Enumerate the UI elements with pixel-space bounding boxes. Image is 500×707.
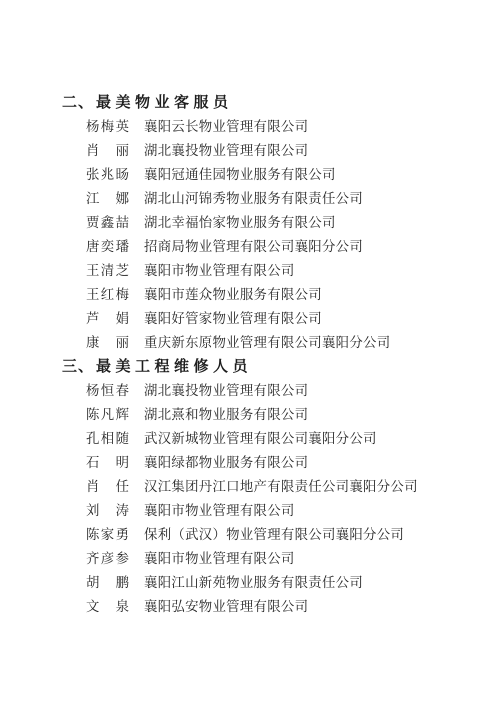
company-name: 湖北襄投物业管理有限公司 [144,383,308,398]
list-item: 杨梅英襄阳云长物业管理有限公司 [86,115,472,139]
list-item: 唐奕璠招商局物业管理有限公司襄阳分公司 [86,235,472,259]
person-name: 肖任 [86,475,129,499]
list-item: 贾鑫喆湖北幸福怡家物业服务有限公司 [86,211,472,235]
list-item: 芦娟襄阳好管家物业管理有限公司 [86,307,472,331]
list-item: 陈家勇保利（武汉）物业管理有限公司襄阳分公司 [86,523,472,547]
award-section: 三、最美工程维修人员 杨恒春湖北襄投物业管理有限公司 陈凡辉湖北熹和物业服务有限… [62,355,472,619]
list-item: 王红梅襄阳市莲众物业服务有限公司 [86,283,472,307]
person-name: 贾鑫喆 [86,211,129,235]
person-name: 张兆旸 [86,163,129,187]
company-name: 湖北熹和物业服务有限公司 [144,407,308,422]
list-item: 齐彦参襄阳市物业管理有限公司 [86,547,472,571]
entry-list: 杨梅英襄阳云长物业管理有限公司 肖丽湖北襄投物业管理有限公司 张兆旸襄阳冠通佳园… [62,115,472,355]
person-name: 王清芝 [86,259,129,283]
list-item: 肖丽湖北襄投物业管理有限公司 [86,139,472,163]
person-name: 杨恒春 [86,379,129,403]
company-name: 湖北襄投物业管理有限公司 [144,143,308,158]
person-name: 陈凡辉 [86,403,129,427]
list-item: 张兆旸襄阳冠通佳园物业服务有限公司 [86,163,472,187]
list-item: 胡鹏襄阳江山新苑物业服务有限责任公司 [86,571,472,595]
company-name: 武汉新城物业管理有限公司襄阳分公司 [144,431,377,446]
company-name: 襄阳冠通佳园物业服务有限公司 [144,167,336,182]
section-title: 最美工程维修人员 [96,359,252,375]
list-item: 文泉襄阳弘安物业管理有限公司 [86,595,472,619]
company-name: 湖北山河锦秀物业服务有限责任公司 [144,191,363,206]
company-name: 襄阳市莲众物业服务有限公司 [144,287,322,302]
person-name: 刘涛 [86,499,129,523]
document-page: 二、最美物业客服员 杨梅英襄阳云长物业管理有限公司 肖丽湖北襄投物业管理有限公司… [0,0,500,707]
person-name: 石明 [86,451,129,475]
entry-list: 杨恒春湖北襄投物业管理有限公司 陈凡辉湖北熹和物业服务有限公司 孔相随武汉新城物… [62,379,472,619]
company-name: 汉江集团丹江口地产有限责任公司襄阳分公司 [144,479,418,494]
list-item: 刘涛襄阳市物业管理有限公司 [86,499,472,523]
list-item: 杨恒春湖北襄投物业管理有限公司 [86,379,472,403]
person-name: 陈家勇 [86,523,129,547]
person-name: 江娜 [86,187,129,211]
award-section: 二、最美物业客服员 杨梅英襄阳云长物业管理有限公司 肖丽湖北襄投物业管理有限公司… [62,91,472,355]
company-name: 保利（武汉）物业管理有限公司襄阳分公司 [144,527,404,542]
section-heading: 二、最美物业客服员 [62,91,472,115]
company-name: 湖北幸福怡家物业服务有限公司 [144,215,336,230]
company-name: 襄阳市物业管理有限公司 [144,503,295,518]
company-name: 襄阳弘安物业管理有限公司 [144,599,308,614]
company-name: 襄阳云长物业管理有限公司 [144,119,308,134]
list-item: 王清芝襄阳市物业管理有限公司 [86,259,472,283]
list-item: 江娜湖北山河锦秀物业服务有限责任公司 [86,187,472,211]
list-item: 肖任汉江集团丹江口地产有限责任公司襄阳分公司 [86,475,472,499]
person-name: 芦娟 [86,307,129,331]
list-item: 孔相随武汉新城物业管理有限公司襄阳分公司 [86,427,472,451]
list-item: 康丽重庆新东原物业管理有限公司襄阳分公司 [86,331,472,355]
person-name: 康丽 [86,331,129,355]
section-number-label: 二、 [62,95,94,111]
person-name: 胡鹏 [86,571,129,595]
company-name: 襄阳绿都物业服务有限公司 [144,455,308,470]
person-name: 唐奕璠 [86,235,129,259]
list-item: 陈凡辉湖北熹和物业服务有限公司 [86,403,472,427]
company-name: 重庆新东原物业管理有限公司襄阳分公司 [144,335,390,350]
person-name: 肖丽 [86,139,129,163]
company-name: 襄阳市物业管理有限公司 [144,551,295,566]
company-name: 襄阳江山新苑物业服务有限责任公司 [144,575,363,590]
person-name: 齐彦参 [86,547,129,571]
company-name: 招商局物业管理有限公司襄阳分公司 [144,239,363,254]
person-name: 文泉 [86,595,129,619]
person-name: 孔相随 [86,427,129,451]
section-list: 二、最美物业客服员 杨梅英襄阳云长物业管理有限公司 肖丽湖北襄投物业管理有限公司… [62,91,472,619]
section-title: 最美物业客服员 [96,95,233,111]
company-name: 襄阳市物业管理有限公司 [144,263,295,278]
company-name: 襄阳好管家物业管理有限公司 [144,311,322,326]
person-name: 杨梅英 [86,115,129,139]
section-number-label: 三、 [62,359,94,375]
section-heading: 三、最美工程维修人员 [62,355,472,379]
person-name: 王红梅 [86,283,129,307]
list-item: 石明襄阳绿都物业服务有限公司 [86,451,472,475]
